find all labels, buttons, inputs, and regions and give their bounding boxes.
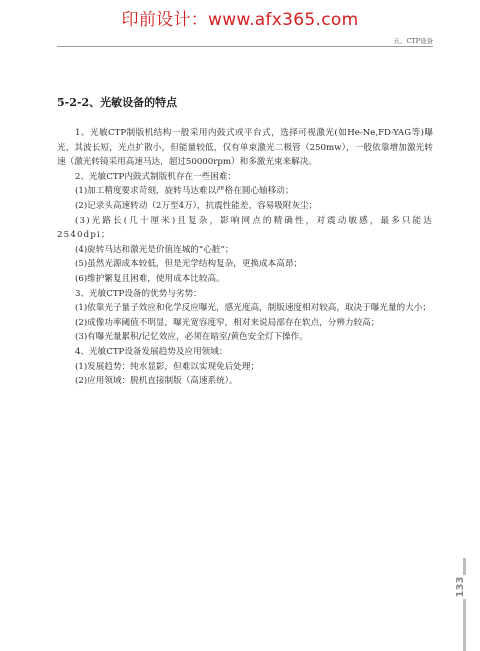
list-item-3-2: (2)成像功率阈值不明显，曝光宽容度窄，相对来说局部存在软点，分辨力较高； bbox=[57, 316, 433, 331]
list-item-4-1: (1)发展趋势：纯水显影，但难以实现免后处理； bbox=[57, 360, 433, 375]
list-item-4-2: (2)应用领域：脱机直接制版（高速系统）。 bbox=[57, 374, 433, 389]
paragraph-3: 3、光敏CTP设备的优势与劣势： bbox=[57, 287, 433, 302]
paragraph-4: 4、光敏CTP设备发展趋势及应用领域： bbox=[57, 345, 433, 360]
body-text: 1、光敏CTP制版机结构一般采用内鼓式或平台式，选择可视激光(如He-Ne,FD… bbox=[57, 126, 433, 389]
paragraph-1: 1、光敏CTP制版机结构一般采用内鼓式或平台式，选择可视激光(如He-Ne,FD… bbox=[57, 126, 433, 170]
list-item-2-2: (2)记录头高速转动（2万至4万），抗震性能差，容易吸附灰尘； bbox=[57, 199, 433, 214]
paragraph-2: 2、光敏CTP内鼓式制版机存在一些困难： bbox=[57, 170, 433, 185]
list-item-3-1: (1)依靠光子量子效应和化学反应曝光，感光度高，制版速度相对较高，取决于曝光量的… bbox=[57, 301, 433, 316]
section-title: 5-2-2、光敏设备的特点 bbox=[57, 94, 177, 110]
watermark-banner: 印前设计：www.afx365.com bbox=[0, 5, 480, 30]
list-item-2-3: (3)光路长(几十厘米)且复杂，影响网点的精确性，对震动敏感，最多只能达2540… bbox=[57, 214, 433, 243]
list-item-2-4: (4)旋转马达和激光是价值连城的“心脏”； bbox=[57, 243, 433, 258]
list-item-2-5: (5)虽然光源成本较低，但是光学结构复杂，更换成本高昂； bbox=[57, 257, 433, 272]
running-head: 五、CTP设备 bbox=[393, 36, 433, 45]
list-item-2-6: (6)维护繁复且困难，使用成本比较高。 bbox=[57, 272, 433, 287]
list-item-2-1: (1)加工精度要求苛刻，旋转马达难以严格在圆心轴移动； bbox=[57, 184, 433, 199]
page-edge-bar bbox=[463, 558, 466, 651]
page-number: 133 bbox=[454, 575, 468, 599]
list-item-3-3: (3)有曝光量累积/记忆效应，必须在暗室/黄色安全灯下操作。 bbox=[57, 330, 433, 345]
header-rule bbox=[57, 46, 433, 47]
